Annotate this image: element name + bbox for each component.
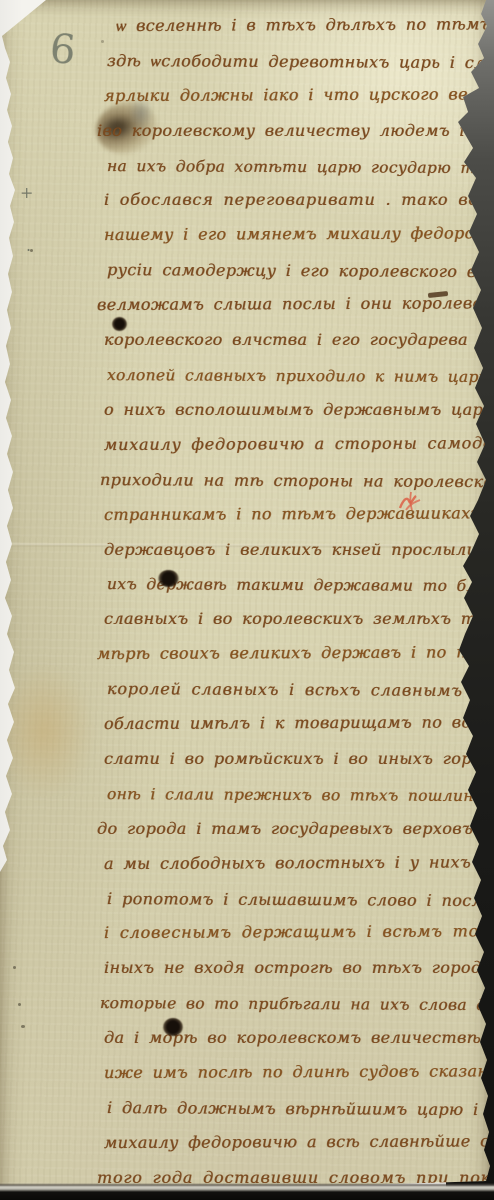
tan-water-stain [0, 665, 94, 797]
handwritten-line: і обослався переговаривати . тако велико… [104, 183, 476, 218]
handwritten-line: которые во то прибѣгали на ихъ слова да … [100, 986, 479, 1023]
handwritten-line: а мы слободныхъ волостныхъ і у нихъ слав… [104, 845, 476, 882]
handwritten-line: нашему і его имянемъ михаилу федоровичю … [104, 217, 476, 254]
handwritten-line: михаилу федоровичю а стороны самодержавн… [104, 426, 476, 463]
handwritten-line: русіи самодержцу і его королевского влчс… [107, 253, 479, 290]
handwritten-line: мѣрѣ своихъ великихъ державъ і по тѣхъ д… [97, 636, 476, 673]
ink-blot [163, 1018, 183, 1036]
handwritten-line: і далѣ должнымъ вѣрнѣйшимъ царю і велико… [107, 1091, 479, 1128]
handwritten-line: велможамъ слыша послы і они королевскіе … [97, 287, 476, 324]
red-ink-scribble [396, 486, 430, 520]
handwritten-line: королей славныхъ і всѣхъ славнымъ короле… [107, 672, 479, 709]
handwritten-line: о нихъ всполошимымъ державнымъ царю і ве… [104, 393, 476, 428]
manuscript-paper: по семъ дѣлѣ тѣмъ словомъ божіимъ годеѡ … [0, 0, 494, 1200]
ink-speck [18, 1003, 21, 1006]
handwritten-line: славныхъ і во королевскихъ землѣхъ тѣмъ … [104, 602, 476, 637]
handwritten-line: иже имъ послѣ по длинѣ судовъ сказано . … [104, 1054, 476, 1091]
handwritten-line: онѣ і слали прежнихъ во тѣхъ пошлинъ ихъ… [107, 777, 479, 814]
handwriting-lines: по семъ дѣлѣ тѣмъ словомъ божіимъ годеѡ … [104, 0, 476, 1196]
handwritten-line: на ихъ добра хотѣти царю государю то і п… [107, 149, 479, 186]
handwritten-line: ѡ вселеннѣ і в тѣхъ дѣлѣхъ по тѣмъ а інд… [116, 7, 476, 43]
handwritten-line: да і морѣ во королевскомъ величествѣ то … [104, 1021, 476, 1056]
handwritten-line: ярлыки должны іако і что црского величес… [104, 77, 476, 114]
ink-speck [101, 40, 104, 43]
ink-blot [112, 317, 127, 331]
handwritten-line: і ропотомъ і слышавшимъ слово і послѣ во… [107, 882, 479, 919]
handwritten-line: слати і во ромѣйскихъ і во иныхъ городѣх… [104, 742, 476, 777]
scan-bottom-edge [0, 1183, 494, 1200]
handwritten-line: холопей славныхъ приходило к нимъ царь і… [107, 358, 479, 395]
handwritten-line: до города і тамъ государевыхъ верховъ бу… [97, 812, 476, 847]
handwritten-line: державцовъ і великихъ кнѕей прослыли мно… [104, 533, 476, 568]
handwritten-line: области имѣлъ і к товарищамъ по всѣмъ по… [104, 705, 476, 742]
pencil-page-number: 6 [48, 29, 77, 71]
handwritten-line: іво королевскому величеству людемъ і стр… [97, 114, 476, 149]
handwritten-line: іныхъ не входя острогѣ во тѣхъ городовъ … [104, 951, 476, 986]
scanned-manuscript-page: { "marks": { "pencil_page_number": "6", … [0, 0, 494, 1200]
ink-blot [158, 570, 179, 587]
pencil-cross-mark: + [20, 183, 33, 202]
handwritten-line: здѣ ѡслободити деревотныхъ царь і слати … [107, 44, 479, 81]
handwritten-line: королевского влчства і его государева ро… [104, 323, 476, 358]
handwritten-line: і словеснымъ держащимъ і всѣмъ то было с… [104, 915, 476, 952]
ink-speck [21, 1025, 25, 1028]
ink-speck [13, 966, 16, 969]
pencil-dot-mark: . [26, 236, 31, 255]
handwritten-line: михаилу федоровичю а всѣ славнѣйше самод… [104, 1124, 476, 1161]
